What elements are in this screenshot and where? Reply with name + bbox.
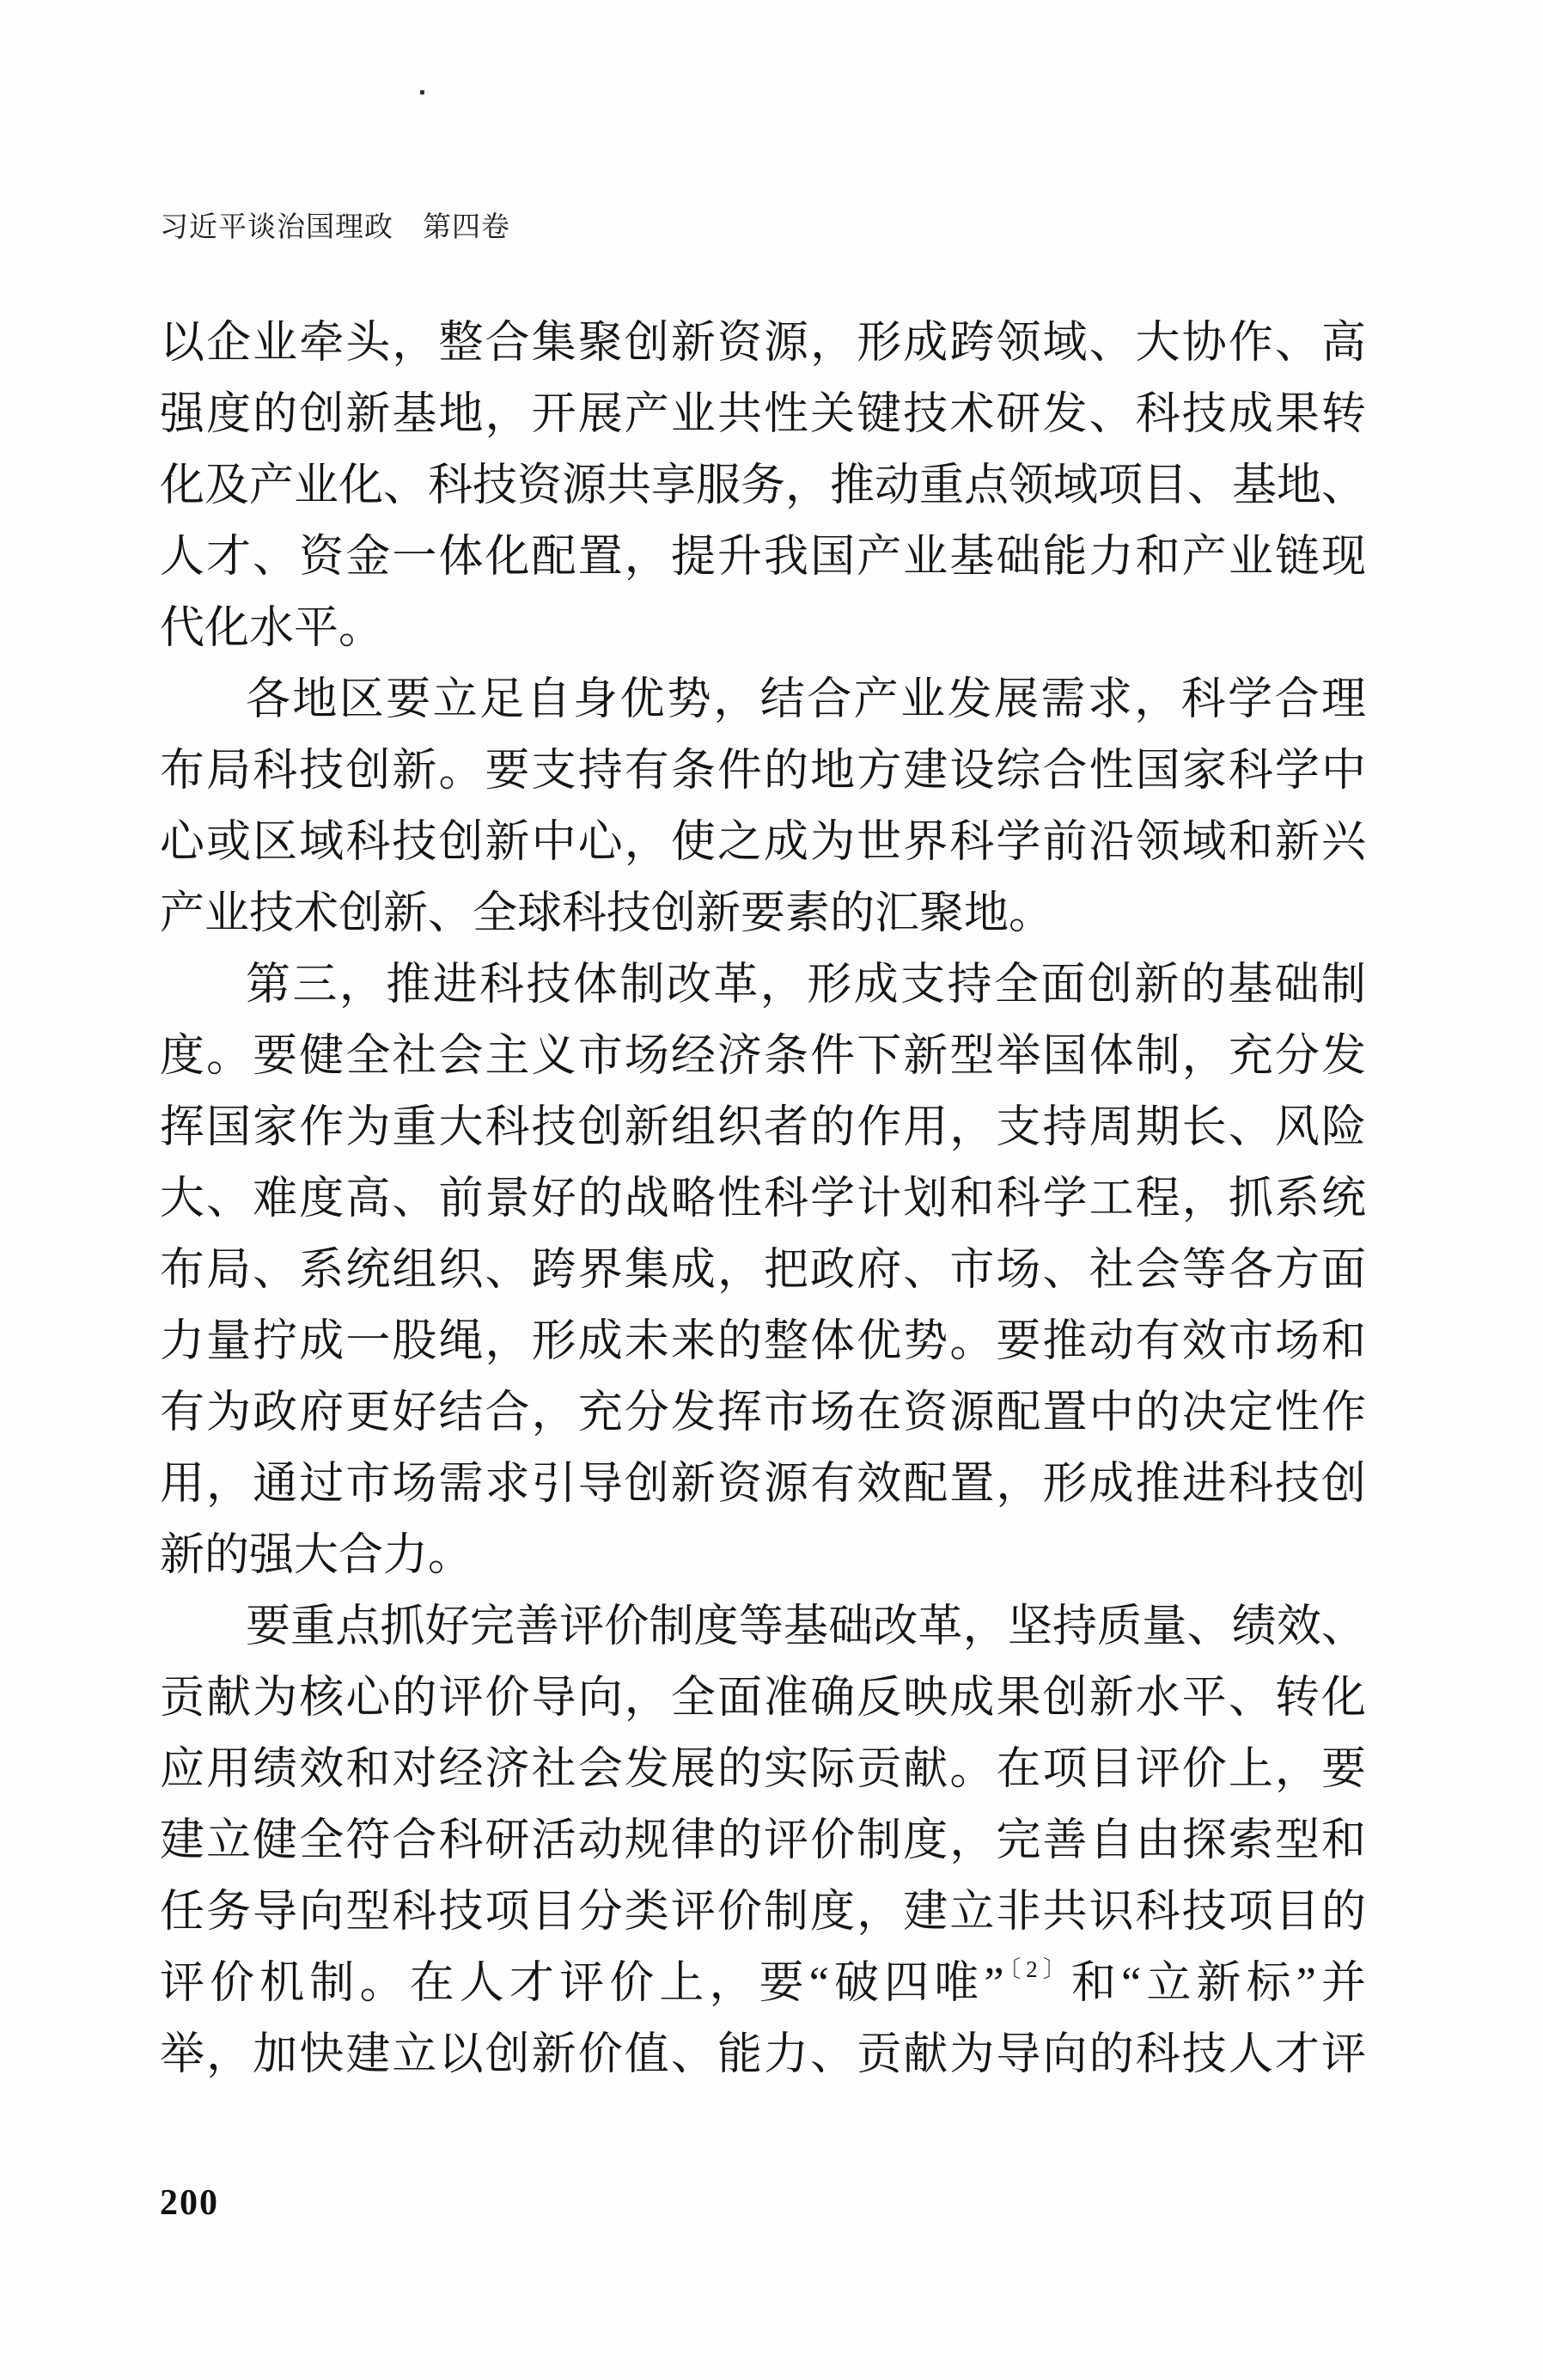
text-line: 人才、资金一体化配置，提升我国产业基础能力和产业链现 (160, 522, 1366, 593)
text-line: 力量拧成一股绳，形成未来的整体优势。要推动有效市场和 (160, 1306, 1366, 1377)
text-line: 化及产业化、科技资源共享服务，推动重点领域项目、基地、 (160, 450, 1366, 522)
text-line: 第三，推进科技体制改革，形成支持全面创新的基础制 (160, 949, 1366, 1021)
book-page: 习近平谈治国理政 第四卷 以企业牵头，整合集聚创新资源，形成跨领域、大协作、高强… (0, 0, 1543, 2380)
text-segment: 度。要健全社会主义市场经济条件下新型举国体制，充分发 (160, 1032, 1366, 1081)
text-segment: 贡献为核心的评价导向，全面准确反映成果创新水平、转化 (160, 1674, 1366, 1723)
text-segment: 人才、资金一体化配置，提升我国产业基础能力和产业链现 (160, 533, 1366, 582)
text-line: 任务导向型科技项目分类评价制度，建立非共识科技项目的 (160, 1877, 1366, 1948)
text-segment: 要重点抓好完善评价制度等基础改革，坚持质量、绩效、 (246, 1602, 1366, 1651)
text-segment: 建立健全符合科研活动规律的评价制度，完善自由探索型和 (160, 1816, 1366, 1865)
text-line: 代化水平。 (160, 593, 1366, 664)
text-segment: 强度的创新基地，开展产业共性关键技术研发、科技成果转 (160, 390, 1366, 439)
text-segment: 布局科技创新。要支持有条件的地方建设综合性国家科学中 (160, 747, 1366, 796)
text-segment: 任务导向型科技项目分类评价制度，建立非共识科技项目的 (160, 1888, 1366, 1937)
text-line: 以企业牵头，整合集聚创新资源，形成跨领域、大协作、高 (160, 308, 1366, 379)
text-line: 评价机制。在人才评价上，要“破四唯”〔2〕和“立新标”并 (160, 1948, 1366, 2019)
text-segment: 力量拧成一股绳，形成未来的整体优势。要推动有效市场和 (160, 1317, 1366, 1366)
text-line: 要重点抓好完善评价制度等基础改革，坚持质量、绩效、 (160, 1591, 1366, 1663)
text-line: 布局、系统组织、跨界集成，把政府、市场、社会等各方面 (160, 1235, 1366, 1306)
text-line: 强度的创新基地，开展产业共性关键技术研发、科技成果转 (160, 379, 1366, 450)
text-line: 布局科技创新。要支持有条件的地方建设综合性国家科学中 (160, 735, 1366, 807)
text-segment: 大、难度高、前景好的战略性科学计划和科学工程，抓系统 (160, 1175, 1366, 1224)
text-segment: 新的强大合力。 (160, 1531, 473, 1580)
footnote-ref: 〔2〕 (1003, 1956, 1071, 1982)
text-segment: 评价机制。在人才评价上，要“破四唯” (160, 1959, 1003, 2008)
text-segment: 有为政府更好结合，充分发挥市场在资源配置中的决定性作 (160, 1388, 1366, 1437)
page-number: 200 (160, 2182, 219, 2224)
text-segment: 心或区域科技创新中心，使之成为世界科学前沿领域和新兴 (160, 818, 1366, 867)
text-line: 新的强大合力。 (160, 1520, 1366, 1591)
text-segment: 化及产业化、科技资源共享服务，推动重点领域项目、基地、 (160, 461, 1366, 510)
text-line: 建立健全符合科研活动规律的评价制度，完善自由探索型和 (160, 1805, 1366, 1877)
text-segment: 举，加快建立以创新价值、能力、贡献为导向的科技人才评 (160, 2030, 1366, 2079)
text-line: 产业技术创新、全球科技创新要素的汇聚地。 (160, 878, 1366, 949)
text-segment: 代化水平。 (160, 604, 383, 653)
text-segment: 挥国家作为重大科技创新组织者的作用，支持周期长、风险 (160, 1103, 1366, 1152)
text-line: 应用绩效和对经济社会发展的实际贡献。在项目评价上，要 (160, 1734, 1366, 1805)
scan-speck (420, 90, 424, 95)
text-line: 贡献为核心的评价导向，全面准确反映成果创新水平、转化 (160, 1663, 1366, 1734)
body-text: 以企业牵头，整合集聚创新资源，形成跨领域、大协作、高强度的创新基地，开展产业共性… (160, 308, 1366, 2090)
text-line: 大、难度高、前景好的战略性科学计划和科学工程，抓系统 (160, 1163, 1366, 1235)
text-segment: 第三，推进科技体制改革，形成支持全面创新的基础制 (246, 961, 1366, 1010)
text-segment: 各地区要立足自身优势，结合产业发展需求，科学合理 (246, 675, 1366, 724)
text-segment: 产业技术创新、全球科技创新要素的汇聚地。 (160, 889, 1053, 938)
text-line: 用，通过市场需求引导创新资源有效配置，形成推进科技创 (160, 1449, 1366, 1520)
running-header: 习近平谈治国理政 第四卷 (160, 204, 510, 245)
text-segment: 布局、系统组织、跨界集成，把政府、市场、社会等各方面 (160, 1246, 1366, 1295)
text-segment: 和“立新标”并 (1071, 1959, 1366, 2008)
text-line: 各地区要立足自身优势，结合产业发展需求，科学合理 (160, 664, 1366, 735)
text-segment: 用，通过市场需求引导创新资源有效配置，形成推进科技创 (160, 1460, 1366, 1509)
text-segment: 以企业牵头，整合集聚创新资源，形成跨领域、大协作、高 (160, 319, 1366, 368)
text-line: 心或区域科技创新中心，使之成为世界科学前沿领域和新兴 (160, 807, 1366, 878)
text-line: 有为政府更好结合，充分发挥市场在资源配置中的决定性作 (160, 1377, 1366, 1449)
text-line: 度。要健全社会主义市场经济条件下新型举国体制，充分发 (160, 1021, 1366, 1092)
text-line: 挥国家作为重大科技创新组织者的作用，支持周期长、风险 (160, 1092, 1366, 1163)
text-segment: 应用绩效和对经济社会发展的实际贡献。在项目评价上，要 (160, 1745, 1366, 1794)
text-line: 举，加快建立以创新价值、能力、贡献为导向的科技人才评 (160, 2019, 1366, 2090)
